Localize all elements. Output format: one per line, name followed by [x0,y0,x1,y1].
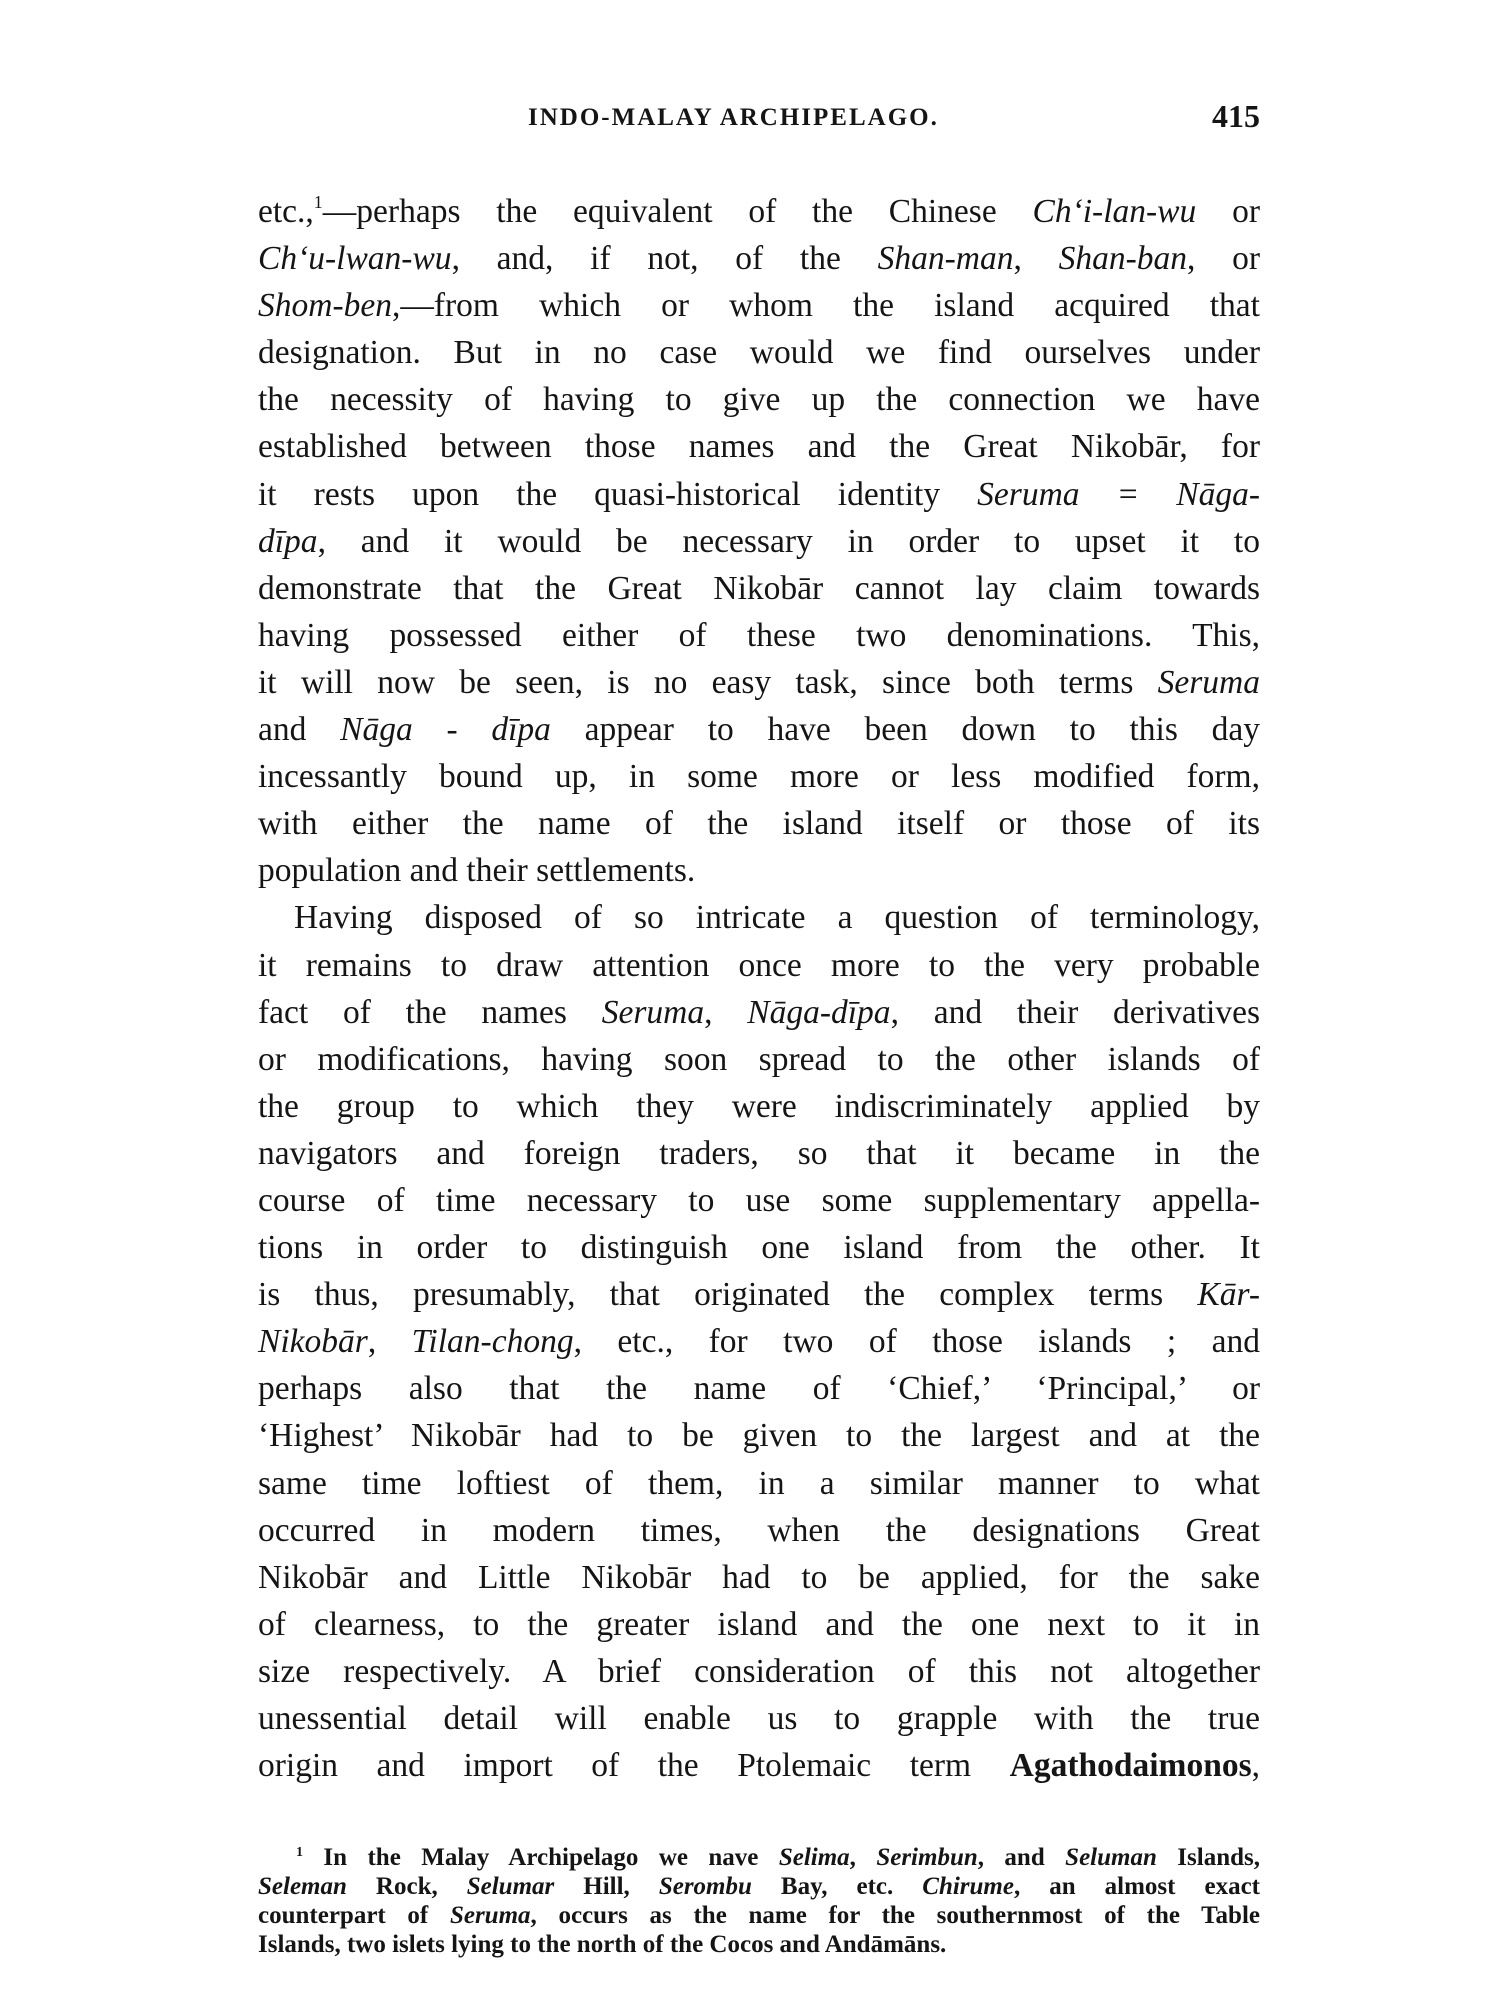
text-line: Shom-ben,—from which or whom the island … [258,282,1260,329]
text-line: Ch‘u-lwan-wu, and, if not, of the Shan-m… [258,235,1260,282]
text-line: or modifications, having soon spread to … [258,1036,1260,1083]
text-line: of clearness, to the greater island and … [258,1601,1260,1648]
footnote-line: 1 In the Malay Archipelago we nave Selim… [258,1843,1260,1872]
footnote-marker: 1 [296,1845,303,1860]
text-line: with either the name of the island itsel… [258,800,1260,847]
page-header: INDO-MALAY ARCHIPELAGO. 415 [258,100,1260,140]
text-line: incessantly bound up, in some more or le… [258,753,1260,800]
running-title: INDO-MALAY ARCHIPELAGO. [528,104,939,132]
text-line: Nikobār, Tilan-chong, etc., for two of t… [258,1318,1260,1365]
text-line: unessential detail will enable us to gra… [258,1695,1260,1742]
text-line: size respectively. A brief consideration… [258,1648,1260,1695]
text-line: population and their settlements. [258,847,1260,894]
footnote-reference: 1 [314,192,323,212]
footnote-line: counterpart of Seruma, occurs as the nam… [258,1901,1260,1930]
text-line: perhaps also that the name of ‘Chief,’ ‘… [258,1365,1260,1412]
text-line: demonstrate that the Great Nikobār canno… [258,565,1260,612]
text-line: it will now be seen, is no easy task, si… [258,659,1260,706]
text-line: fact of the names Seruma, Nāga-dīpa, and… [258,989,1260,1036]
text-line: designation. But in no case would we fin… [258,329,1260,376]
text-line: dīpa, and it would be necessary in order… [258,518,1260,565]
text-line: the necessity of having to give up the c… [258,376,1260,423]
text-line: navigators and foreign traders, so that … [258,1130,1260,1177]
text-line: is thus, presumably, that originated the… [258,1271,1260,1318]
text-line: Nikobār and Little Nikobār had to be app… [258,1554,1260,1601]
text-line: established between those names and the … [258,423,1260,470]
text-line: tions in order to distinguish one island… [258,1224,1260,1271]
footnote-line: Seleman Rock, Selumar Hill, Serombu Bay,… [258,1872,1260,1901]
page-number: 415 [1212,98,1260,135]
text-line: ‘Highest’ Nikobār had to be given to the… [258,1412,1260,1459]
text-line: it remains to draw attention once more t… [258,942,1260,989]
text-line: it rests upon the quasi-historical ident… [258,471,1260,518]
text-line: course of time necessary to use some sup… [258,1177,1260,1224]
paragraph-start-line: Having disposed of so intricate a questi… [258,894,1260,941]
text-line: etc.,1—perhaps the equivalent of the Chi… [258,188,1260,235]
footnote: 1 In the Malay Archipelago we nave Selim… [258,1843,1260,1959]
text-line: origin and import of the Ptolemaic term … [258,1742,1260,1789]
footnote-line: Islands, two islets lying to the north o… [258,1930,1260,1959]
text-line: and Nāga - dīpa appear to have been down… [258,706,1260,753]
text-line: occurred in modern times, when the desig… [258,1507,1260,1554]
bold-term: Agathodaimonos [1010,1747,1252,1784]
text-line: the group to which they were indiscrimin… [258,1083,1260,1130]
body-text: etc.,1—perhaps the equivalent of the Chi… [258,188,1260,1789]
text-line: having possessed either of these two den… [258,612,1260,659]
text-line: same time loftiest of them, in a similar… [258,1460,1260,1507]
